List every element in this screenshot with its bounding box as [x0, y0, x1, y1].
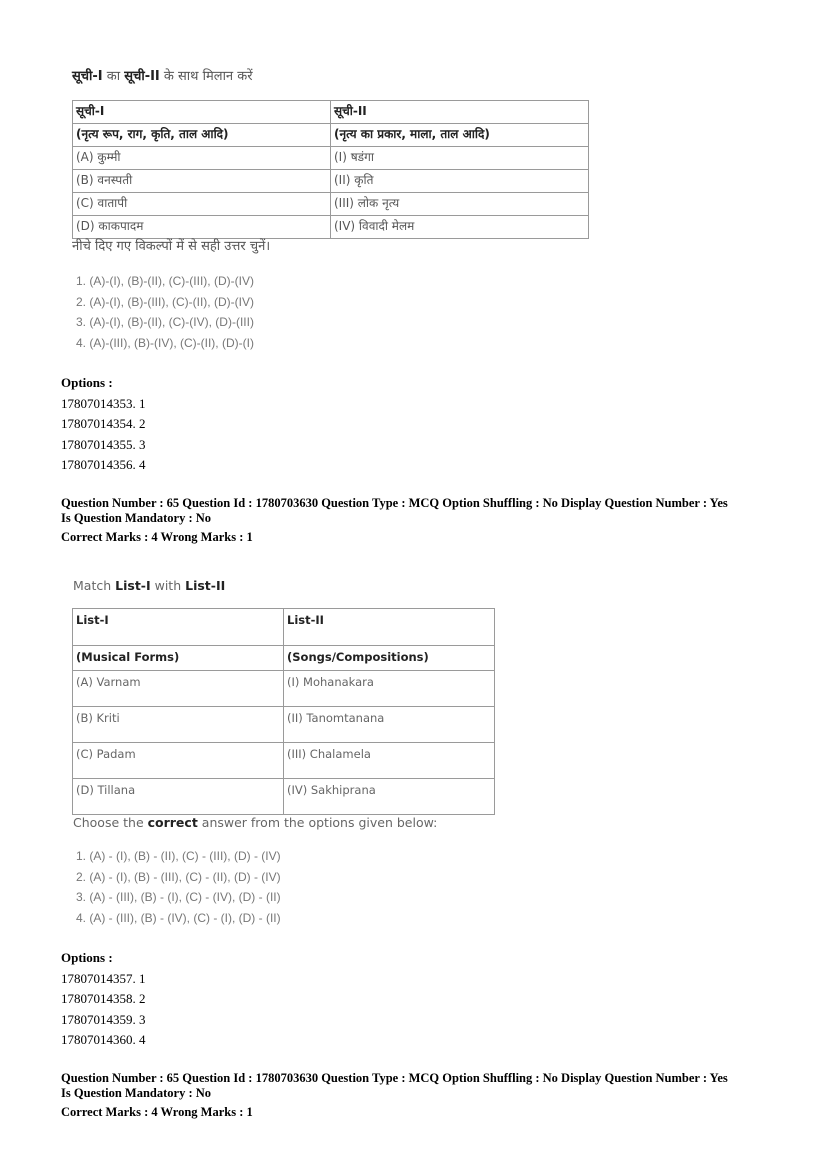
options-title: Options :: [61, 373, 146, 394]
table-cell: (A) Varnam: [73, 671, 284, 707]
table-cell: (III) लोक नृत्य: [331, 193, 589, 216]
header-cell: (Musical Forms): [73, 646, 284, 671]
table-row: (A) कुम्मी (I) षडंगा: [73, 147, 589, 170]
choice-item: 2. (A)-(I), (B)-(III), (C)-(II), (D)-(IV…: [76, 292, 254, 313]
choice-item: 4. (A) - (III), (B) - (IV), (C) - (I), (…: [76, 908, 281, 929]
header-cell: (नृत्य का प्रकार, माला, ताल आदि): [331, 124, 589, 147]
option-item: 17807014356. 4: [61, 455, 146, 476]
table-cell: (I) Mohanakara: [284, 671, 495, 707]
table-header-row: सूची-I सूची-II: [73, 101, 589, 124]
list1-label: सूची-I: [72, 69, 103, 84]
question1-options: Options : 17807014353. 1 17807014354. 2 …: [61, 373, 146, 476]
header-cell: (Songs/Compositions): [284, 646, 495, 671]
table-cell: (IV) विवादी मेलम: [331, 216, 589, 239]
options-title: Options :: [61, 948, 146, 969]
header-cell: List-I: [73, 609, 284, 646]
question2-instruction: Match List-I with List-II: [73, 578, 225, 593]
table-row: (B) वनस्पती (II) कृति: [73, 170, 589, 193]
option-item: 17807014353. 1: [61, 394, 146, 415]
mandatory-line: Is Question Mandatory : No: [61, 511, 728, 526]
table-subheader-row: (नृत्य रूप, राग, कृति, ताल आदि) (नृत्य क…: [73, 124, 589, 147]
option-item: 17807014360. 4: [61, 1030, 146, 1051]
choice-item: 1. (A)-(I), (B)-(II), (C)-(III), (D)-(IV…: [76, 271, 254, 292]
choice-item: 3. (A)-(I), (B)-(II), (C)-(IV), (D)-(III…: [76, 312, 254, 333]
question2-options: Options : 17807014357. 1 17807014358. 2 …: [61, 948, 146, 1051]
question2-choices: 1. (A) - (I), (B) - (II), (C) - (III), (…: [76, 846, 281, 928]
option-item: 17807014358. 2: [61, 989, 146, 1010]
mandatory-line: Is Question Mandatory : No: [61, 1086, 728, 1101]
question-info-line: Question Number : 65 Question Id : 17807…: [61, 1071, 728, 1086]
table-cell: (I) षडंगा: [331, 147, 589, 170]
choice-item: 1. (A) - (I), (B) - (II), (C) - (III), (…: [76, 846, 281, 867]
table-cell: (B) Kriti: [73, 707, 284, 743]
choice-item: 3. (A) - (III), (B) - (I), (C) - (IV), (…: [76, 887, 281, 908]
question1-choices: 1. (A)-(I), (B)-(II), (C)-(III), (D)-(IV…: [76, 271, 254, 353]
table-cell: (C) Padam: [73, 743, 284, 779]
table-cell: (B) वनस्पती: [73, 170, 331, 193]
header-cell: सूची-I: [73, 101, 331, 124]
question-metadata: Question Number : 65 Question Id : 17807…: [61, 496, 728, 545]
option-item: 17807014359. 3: [61, 1010, 146, 1031]
marks-line: Correct Marks : 4 Wrong Marks : 1: [61, 530, 728, 545]
list2-label: List-II: [185, 578, 225, 593]
header-cell: List-II: [284, 609, 495, 646]
table-subheader-row: (Musical Forms) (Songs/Compositions): [73, 646, 495, 671]
marks-line: Correct Marks : 4 Wrong Marks : 1: [61, 1105, 728, 1120]
question1-instruction: सूची-I का सूची-II के साथ मिलान करें: [72, 66, 253, 84]
table-cell: (D) Tillana: [73, 779, 284, 815]
list2-label: सूची-II: [124, 69, 159, 84]
table-row: (D) Tillana (IV) Sakhiprana: [73, 779, 495, 815]
header-cell: सूची-II: [331, 101, 589, 124]
header-cell: (नृत्य रूप, राग, कृति, ताल आदि): [73, 124, 331, 147]
list1-label: List-I: [115, 578, 151, 593]
question-metadata: Question Number : 65 Question Id : 17807…: [61, 1071, 728, 1120]
option-item: 17807014357. 1: [61, 969, 146, 990]
question1-choose-text: नीचे दिए गए विकल्पों में से सही उत्तर चु…: [72, 236, 270, 254]
table-cell: (II) Tanomtanana: [284, 707, 495, 743]
table-row: (A) Varnam (I) Mohanakara: [73, 671, 495, 707]
option-item: 17807014354. 2: [61, 414, 146, 435]
table-header-row: List-I List-II: [73, 609, 495, 646]
question1-match-table: सूची-I सूची-II (नृत्य रूप, राग, कृति, ता…: [72, 100, 589, 239]
table-row: (C) Padam (III) Chalamela: [73, 743, 495, 779]
table-cell: (C) वातापी: [73, 193, 331, 216]
question2-choose-text: Choose the correct answer from the optio…: [73, 815, 437, 830]
choice-item: 2. (A) - (I), (B) - (III), (C) - (II), (…: [76, 867, 281, 888]
question2-match-table: List-I List-II (Musical Forms) (Songs/Co…: [72, 608, 495, 815]
table-cell: (II) कृति: [331, 170, 589, 193]
table-cell: (IV) Sakhiprana: [284, 779, 495, 815]
choice-item: 4. (A)-(III), (B)-(IV), (C)-(II), (D)-(I…: [76, 333, 254, 354]
option-item: 17807014355. 3: [61, 435, 146, 456]
table-row: (B) Kriti (II) Tanomtanana: [73, 707, 495, 743]
table-row: (C) वातापी (III) लोक नृत्य: [73, 193, 589, 216]
question-info-line: Question Number : 65 Question Id : 17807…: [61, 496, 728, 511]
table-cell: (A) कुम्मी: [73, 147, 331, 170]
table-cell: (III) Chalamela: [284, 743, 495, 779]
